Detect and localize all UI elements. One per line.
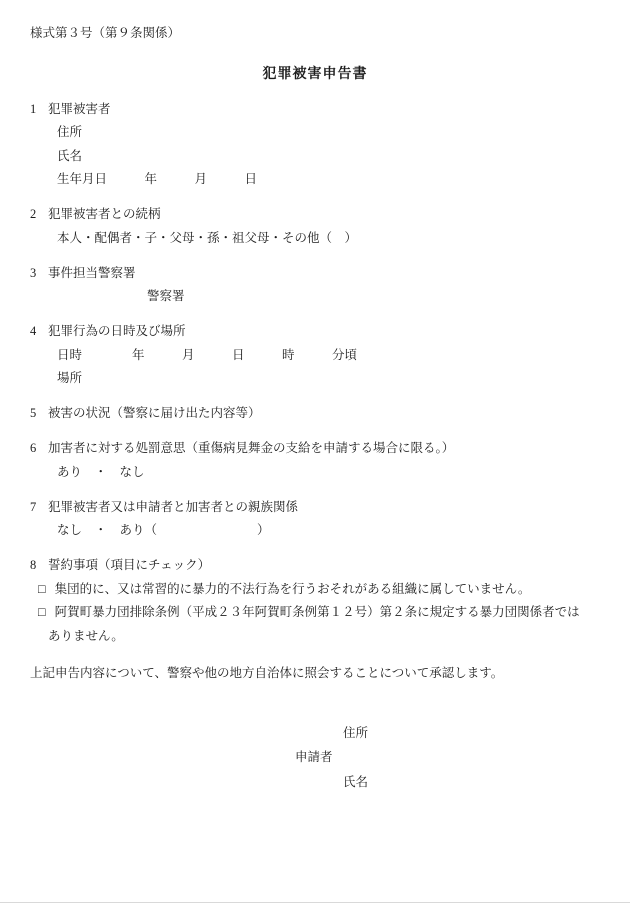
signature-row: 申請者 — [295, 745, 630, 770]
pledge-checkbox-item: □ 集団的に、又は常習的に暴力的不法行為を行うおそれがある組織に属していません。 — [0, 578, 630, 602]
section-7-kinship: 7 犯罪被害者又は申請者と加害者との親族関係 なし ・ あり（ ） — [0, 496, 630, 543]
datetime-field-line: 日時 年 月 日 時 分頃 — [0, 344, 630, 368]
section-5-damage-status: 5 被害の状況（警察に届け出た内容等） — [0, 402, 630, 426]
page-title: 犯罪被害申告書 — [0, 63, 630, 87]
section-1-heading: 1 犯罪被害者 — [0, 98, 630, 122]
applicant-name-label: 氏名 — [343, 770, 368, 795]
section-number: 3 — [30, 262, 48, 286]
section-number: 1 — [30, 98, 48, 122]
section-6-heading: 6 加害者に対する処罰意思（重傷病見舞金の支給を申請する場合に限る。） — [0, 437, 630, 461]
form-body: 1 犯罪被害者 住所 氏名 生年月日 年 月 日 2 犯罪被害者との続柄 本人・… — [0, 98, 630, 649]
police-station-label: 警察署 — [0, 285, 630, 309]
punishment-choice-line: あり ・ なし — [0, 461, 630, 485]
pledge-item-text-continued: ありません。 — [0, 625, 630, 649]
section-heading-label: 犯罪行為の日時及び場所 — [48, 320, 186, 344]
location-field-label: 場所 — [0, 367, 630, 391]
checkbox-unchecked-icon[interactable]: □ — [38, 578, 46, 602]
signature-indent — [295, 770, 343, 795]
consent-statement: 上記申告内容について、警察や他の地方自治体に照会することについて承認します。 — [0, 662, 630, 686]
kinship-choice-line: なし ・ あり（ ） — [0, 519, 630, 543]
section-number: 5 — [30, 402, 48, 426]
section-heading-label: 被害の状況（警察に届け出た内容等） — [48, 402, 261, 426]
pledge-item-text: 集団的に、又は常習的に暴力的不法行為を行うおそれがある組織に属していません。 — [55, 578, 531, 602]
applicant-address-label: 住所 — [343, 721, 368, 746]
name-field-label: 氏名 — [0, 145, 630, 169]
section-heading-label: 加害者に対する処罰意思（重傷病見舞金の支給を申請する場合に限る。） — [48, 437, 454, 461]
section-number: 8 — [30, 554, 48, 578]
document-page: { "page": { "form_number_note": "様式第３号（第… — [0, 0, 630, 903]
section-8-pledge: 8 誓約事項（項目にチェック） □ 集団的に、又は常習的に暴力的不法行為を行うお… — [0, 554, 630, 648]
section-3-heading: 3 事件担当警察署 — [0, 262, 630, 286]
section-heading-label: 犯罪被害者 — [48, 98, 111, 122]
pledge-checkbox-item: □ 阿賀町暴力団排除条例（平成２３年阿賀町条例第１２号）第２条に規定する暴力団関… — [0, 601, 630, 625]
applicant-signature-block: 住所 申請者 氏名 — [295, 721, 630, 795]
relationship-options-line: 本人・配偶者・子・父母・孫・祖父母・その他（ ） — [0, 227, 630, 251]
signature-indent — [295, 721, 343, 746]
section-1-victim: 1 犯罪被害者 住所 氏名 生年月日 年 月 日 — [0, 98, 630, 192]
section-heading-label: 誓約事項（項目にチェック） — [48, 554, 210, 578]
section-heading-label: 事件担当警察署 — [48, 262, 136, 286]
checkbox-unchecked-icon[interactable]: □ — [38, 601, 46, 625]
section-heading-label: 犯罪被害者との続柄 — [48, 203, 161, 227]
section-3-police-station: 3 事件担当警察署 警察署 — [0, 262, 630, 309]
applicant-label: 申請者 — [295, 745, 333, 770]
signature-row: 住所 — [295, 721, 630, 746]
address-field-label: 住所 — [0, 121, 630, 145]
section-number: 4 — [30, 320, 48, 344]
section-6-punishment-intent: 6 加害者に対する処罰意思（重傷病見舞金の支給を申請する場合に限る。） あり ・… — [0, 437, 630, 484]
signature-row: 氏名 — [295, 770, 630, 795]
section-number: 6 — [30, 437, 48, 461]
section-2-heading: 2 犯罪被害者との続柄 — [0, 203, 630, 227]
section-number: 2 — [30, 203, 48, 227]
pledge-item-text: 阿賀町暴力団排除条例（平成２３年阿賀町条例第１２号）第２条に規定する暴力団関係者… — [55, 601, 580, 625]
section-number: 7 — [30, 496, 48, 520]
section-4-datetime-place: 4 犯罪行為の日時及び場所 日時 年 月 日 時 分頃 場所 — [0, 320, 630, 391]
section-heading-label: 犯罪被害者又は申請者と加害者との親族関係 — [48, 496, 298, 520]
section-4-heading: 4 犯罪行為の日時及び場所 — [0, 320, 630, 344]
section-2-relationship: 2 犯罪被害者との続柄 本人・配偶者・子・父母・孫・祖父母・その他（ ） — [0, 203, 630, 250]
section-8-heading: 8 誓約事項（項目にチェック） — [0, 554, 630, 578]
section-7-heading: 7 犯罪被害者又は申請者と加害者との親族関係 — [0, 496, 630, 520]
form-number-note: 様式第３号（第９条関係） — [0, 22, 630, 46]
section-5-heading: 5 被害の状況（警察に届け出た内容等） — [0, 402, 630, 426]
birthdate-field-line: 生年月日 年 月 日 — [0, 168, 630, 192]
